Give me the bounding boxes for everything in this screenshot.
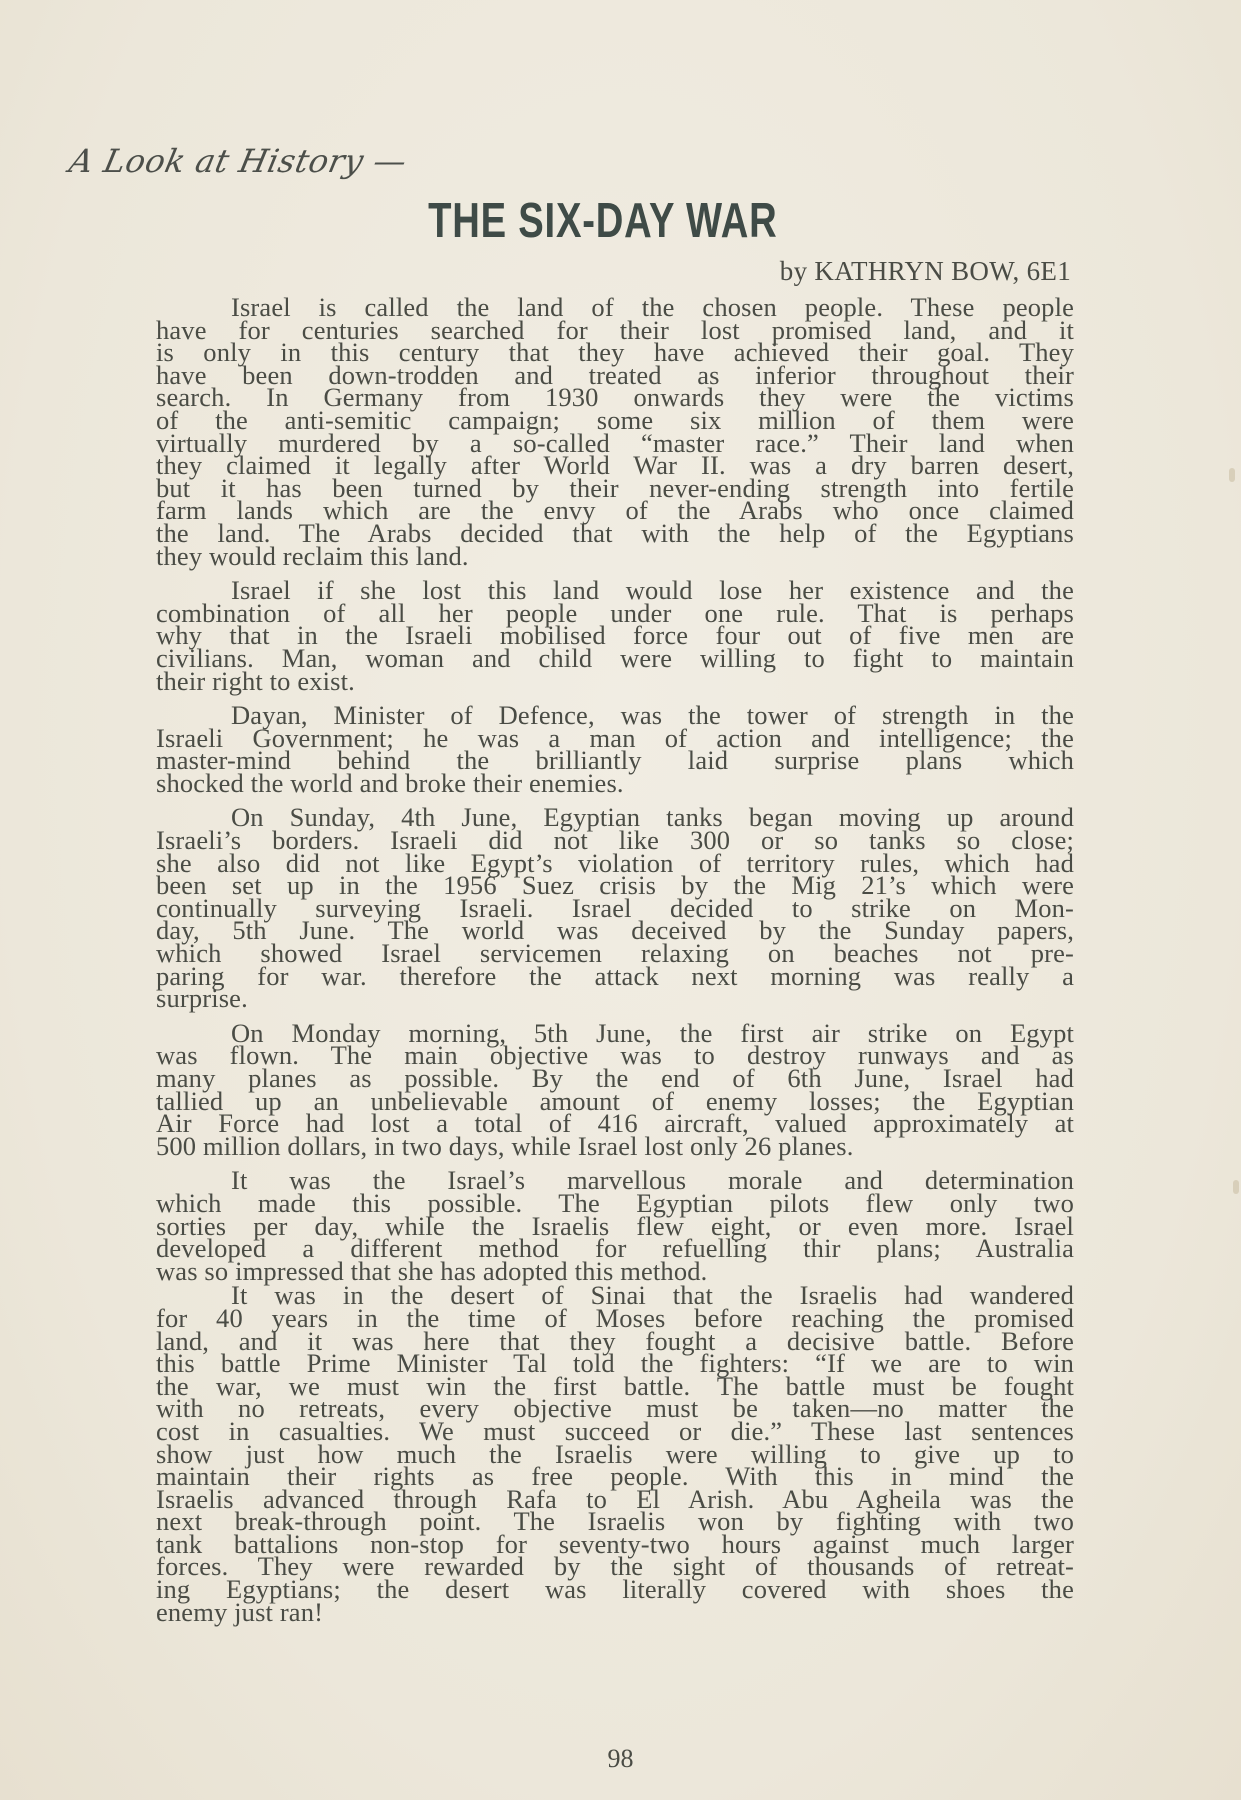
text-line: enemy just ran! [156,1601,1074,1624]
text-line: paring for war. therefore the attack nex… [156,965,1074,988]
scan-edge-mark [1233,1180,1239,1194]
text-line: was so impressed that she has adopted th… [156,1260,1074,1283]
paragraph: Dayan, Minister of Defence, was the towe… [156,704,1074,794]
paragraph: It was the Israel’s marvellous morale an… [156,1169,1074,1282]
byline: by KATHRYN BOW, 6E1 [780,256,1071,287]
paragraph: Israel if she lost this land would lose … [156,579,1074,692]
article-title: THE SIX-DAY WAR [119,193,1087,249]
paragraph: Israel is called the land of the chosen … [156,296,1074,567]
paragraph: It was in the desert of Sinai that the I… [156,1284,1074,1623]
article-body: Israel is called the land of the chosen … [156,296,1074,1635]
scan-edge-mark [1229,468,1235,482]
page-number: 98 [0,1744,1241,1774]
section-kicker: A Look at History — [66,142,411,180]
paragraph: On Sunday, 4th June, Egyptian tanks bega… [156,806,1074,1009]
text-line: 500 million dollars, in two days, while … [156,1135,1074,1158]
paragraph: On Monday morning, 5th June, the first a… [156,1022,1074,1158]
text-line: shocked the world and broke their enemie… [156,772,1074,795]
